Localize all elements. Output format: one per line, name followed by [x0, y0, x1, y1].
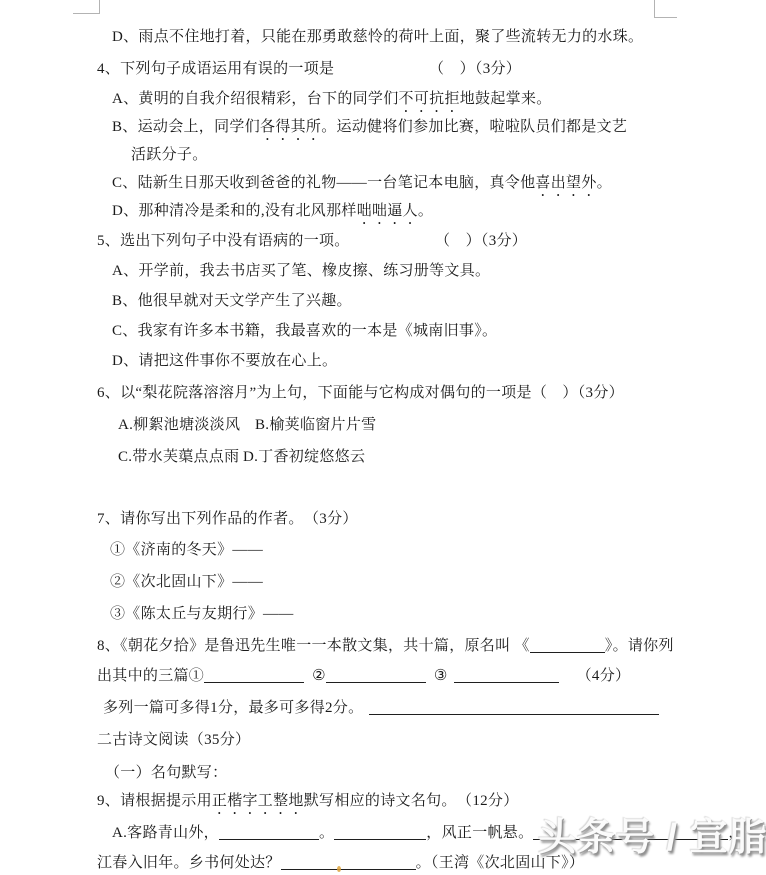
- q4-option-d: D、那种清冷是柔和的,没有北风那样咄咄逼人。: [112, 201, 433, 228]
- q5-stem-line: 5、选出下列句子中没有语病的一项。 （ ）（3分）: [97, 231, 657, 251]
- q5-option-a-text: A、开学前，我去书店买了笔、橡皮擦、练习册等文具。: [112, 263, 490, 279]
- q9-a-blank-2: [334, 824, 426, 840]
- q7-item-3-text: ③《陈太丘与友期行》——: [110, 606, 294, 622]
- q8-line2-pre: 出其中的三篇①: [97, 668, 204, 684]
- q6-option-b: B.榆荚临窗片片雪: [255, 415, 376, 435]
- q4-option-b: B、运动会上，同学们各得其所。运动健将们参加比赛，啦啦队员们都是文艺: [112, 117, 627, 144]
- q9-a-blank-4: [281, 854, 416, 870]
- q9-a-sep2: ，风正一帆悬。: [426, 825, 533, 841]
- crop-mark-top-right-icon: [654, 0, 677, 18]
- q6-option-d: D.丁香初绽悠悠云: [243, 447, 365, 467]
- q8-line3-text: 多列一篇可多得1分，最多可多得2分。: [103, 700, 363, 716]
- q7-item-1-text: ①《济南的冬天》——: [110, 542, 263, 558]
- q8-blank-2: [326, 667, 426, 683]
- q6-stem: 6、以“梨花院落溶溶月”为上句，下面能与它构成对偶句的一项是（ ）（3分）: [97, 385, 624, 401]
- q4-option-d-post: 。: [418, 203, 433, 219]
- q8-long-blank: [369, 699, 659, 715]
- q4-option-d-pre: D、那种清冷是柔和的,没有北风那样: [112, 203, 357, 219]
- q5-option-c: C、我家有许多本书籍，我最喜欢的一本是《城南旧事》。: [112, 321, 497, 341]
- q5-option-d-text: D、请把这件事你不要放在心上。: [112, 353, 337, 369]
- toutiao-watermark: 头条号 / 宣脂: [538, 814, 766, 862]
- q3-option-d-text: D、雨点不住地打着，只能在那勇敢慈怜的荷叶上面，聚了些流转无力的水珠。: [112, 29, 643, 45]
- q6-options-row1: A.柳絮池塘淡淡风 B.榆荚临窗片片雪: [118, 415, 518, 435]
- q4-option-c-emphasis: 喜出望外: [535, 175, 596, 191]
- q4-stem-line: 4、下列句子成语运用有误的一项是 （ ）（3分）: [97, 59, 657, 79]
- q4-answer-bracket: （ ）（3分）: [429, 59, 521, 79]
- q6-option-a: A.柳絮池塘淡淡风: [118, 417, 240, 433]
- q9-a-blank-1: [219, 824, 319, 840]
- q3-option-d: D、雨点不住地打着，只能在那勇敢慈怜的荷叶上面，聚了些流转无力的水珠。: [112, 27, 643, 47]
- ink-smudge-dot: [337, 866, 341, 872]
- q8-blank-3: [454, 667, 559, 683]
- q9-stem-post: 默写相应的诗文名句。 （12分）: [304, 793, 519, 809]
- q8-line1-post: 》。请你列: [605, 638, 674, 654]
- q4-option-a-emphasis: 不可抗拒: [399, 91, 460, 107]
- q9-stem-emphasis: 正楷字工整地: [212, 793, 304, 809]
- q7-stem-line: 7、请你写出下列作品的作者。 （3分）: [97, 509, 358, 529]
- q4-option-c-pre: C、陆新生日那天收到爸爸的礼物——一台笔记本电脑，真令他: [112, 175, 535, 191]
- q8-circled-3: ③: [434, 668, 448, 684]
- crop-mark-top-left-icon: [73, 0, 100, 14]
- q4-option-a-post: 地鼓起掌来。: [460, 91, 552, 107]
- q6-stem-line: 6、以“梨花院落溶溶月”为上句，下面能与它构成对偶句的一项是（ ）（3分）: [97, 383, 624, 403]
- q4-option-a-pre: A、黄明的自我介绍很精彩，台下的同学们: [112, 91, 399, 107]
- q4-option-b-continued: 活跃分子。: [131, 145, 208, 165]
- q4-option-d-emphasis: 咄咄逼人: [357, 203, 418, 219]
- q4-option-b-post: 。运动健将们参加比赛，啦啦队员们都是文艺: [321, 119, 627, 135]
- q5-option-b-text: B、他很早就对天文学产生了兴趣。: [112, 293, 352, 309]
- q6-option-c: C.带水芙蕖点点雨: [118, 449, 239, 465]
- q7-item-2-text: ②《次北固山下》——: [110, 574, 263, 590]
- q4-option-c-post: 。: [597, 175, 612, 191]
- q9-stem-line: 9、请根据提示用正楷字工整地默写相应的诗文名句。 （12分）: [97, 791, 519, 818]
- q5-option-b: B、他很早就对天文学产生了兴趣。: [112, 291, 352, 311]
- q8-title-blank: [530, 637, 605, 653]
- q9-a-pre: A.客路青山外，: [112, 825, 219, 841]
- q7-item-3: ③《陈太丘与友期行》——: [110, 604, 294, 624]
- q5-option-d: D、请把这件事你不要放在心上。: [112, 351, 337, 371]
- q7-item-2: ②《次北固山下》——: [110, 572, 263, 592]
- q9-stem-pre: 9、请根据提示用: [97, 793, 212, 809]
- section-2-title: 二古诗文阅读（35分）: [97, 732, 250, 748]
- q5-option-a: A、开学前，我去书店买了笔、橡皮擦、练习册等文具。: [112, 261, 490, 281]
- q5-option-c-text: C、我家有许多本书籍，我最喜欢的一本是《城南旧事》。: [112, 323, 497, 339]
- q6-options-row2: C.带水芙蕖点点雨 D.丁香初绽悠悠云: [118, 447, 518, 467]
- q7-stem: 7、请你写出下列作品的作者。 （3分）: [97, 511, 358, 527]
- q9-part-a-line-2: 江春入旧年。乡书何处达？。（王湾《次北固山下》）: [97, 853, 584, 873]
- q8-line-1: 8、《朝花夕拾》是鲁迅先生唯一一本散文集，共十篇，原名叫 《》。请你列: [97, 636, 674, 656]
- q4-option-b-emphasis: 各得其所: [260, 119, 321, 135]
- q8-line1-pre: 8、《朝花夕拾》是鲁迅先生唯一一本散文集，共十篇，原名叫 《: [97, 638, 530, 654]
- q4-option-a: A、黄明的自我介绍很精彩，台下的同学们不可抗拒地鼓起掌来。: [112, 89, 552, 116]
- q5-answer-bracket: （ ）（3分）: [435, 231, 527, 251]
- exam-paper-page: D、雨点不住地打着，只能在那勇敢慈怜的荷叶上面，聚了些流转无力的水珠。 4、下列…: [0, 0, 766, 875]
- subsection-1-header: （一）名句默写：: [105, 763, 227, 783]
- q4-stem: 4、下列句子成语运用有误的一项是: [97, 61, 334, 77]
- q8-score-mark: （4分）: [577, 668, 631, 684]
- q4-option-c: C、陆新生日那天收到爸爸的礼物——一台笔记本电脑，真令他喜出望外。: [112, 173, 612, 200]
- q8-line-3: 多列一篇可多得1分，最多可多得2分。: [103, 698, 659, 718]
- q8-line-2: 出其中的三篇①②③（4分）: [97, 666, 630, 686]
- section-2-header: 二古诗文阅读（35分）: [97, 730, 250, 750]
- q9-a2-pre: 江春入旧年。乡书何处达？: [97, 855, 281, 871]
- q8-circled-2: ②: [312, 668, 326, 684]
- q4-option-b-cont-text: 活跃分子。: [131, 147, 208, 163]
- q5-stem: 5、选出下列句子中没有语病的一项。: [97, 233, 350, 249]
- q9-a-sep1: 。: [319, 825, 334, 841]
- q8-blank-1: [204, 667, 304, 683]
- q7-item-1: ①《济南的冬天》——: [110, 540, 263, 560]
- q4-option-b-pre: B、运动会上，同学们: [112, 119, 260, 135]
- subsection-1-title: （一）名句默写：: [105, 765, 227, 781]
